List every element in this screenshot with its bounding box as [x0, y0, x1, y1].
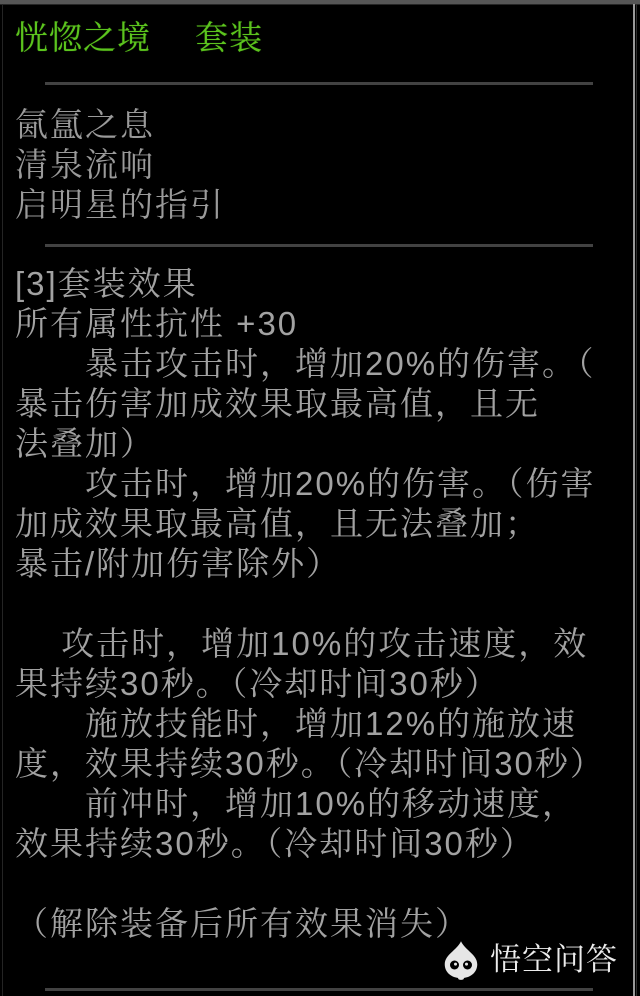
set-title: 恍惚之境 套装: [15, 16, 625, 60]
set-effect-line: 攻击时，增加20%的伤害。（伤害: [15, 464, 625, 504]
set-effect-line: 果持续30秒。（冷却时间30秒）: [15, 664, 625, 704]
set-item: 清泉流响: [15, 145, 625, 185]
set-effect-line: 攻击时，增加10%的攻击速度，效: [15, 624, 625, 664]
set-effect-line: 度，效果持续30秒。（冷却时间30秒）: [15, 744, 625, 784]
tooltip-frame-left: [2, 4, 3, 996]
set-equipment-tooltip: 恍惚之境 套装 氤氲之息 清泉流响 启明星的指引 [3]套装效果 所有属性抗性 …: [0, 0, 640, 996]
blank-line: [15, 584, 625, 624]
tooltip-frame-right: [633, 4, 635, 996]
set-effect-line: 施放技能时，增加12%的施放速: [15, 704, 625, 744]
tooltip-frame-top: [0, 0, 640, 5]
set-effect-line: 暴击攻击时，增加20%的伤害。（: [15, 344, 625, 384]
divider: [45, 988, 593, 991]
set-effect-line: 暴击伤害加成效果取最高值，且无: [15, 384, 625, 424]
watermark: 悟空问答: [441, 940, 618, 980]
set-effect-header: [3]套装效果: [15, 264, 625, 304]
wukong-monkey-icon: [441, 940, 481, 980]
set-effect-line: 前冲时，增加10%的移动速度，: [15, 784, 625, 824]
watermark-label: 悟空问答: [490, 940, 618, 980]
divider: [45, 244, 593, 247]
set-item: 启明星的指引: [15, 185, 625, 225]
divider: [45, 82, 593, 85]
set-item: 氤氲之息: [15, 105, 625, 145]
tooltip-frame-right-outer: [636, 4, 637, 996]
set-item-list: 氤氲之息 清泉流响 启明星的指引: [15, 105, 625, 225]
blank-line: [15, 864, 625, 904]
set-effect-footnote: （解除装备后所有效果消失）: [15, 904, 625, 944]
set-effect-line: 效果持续30秒。（冷却时间30秒）: [15, 824, 625, 864]
set-effect-line: 暴击/附加伤害除外）: [15, 544, 625, 584]
set-effect-line: 所有属性抗性 +30: [15, 304, 625, 344]
set-effect-block: [3]套装效果 所有属性抗性 +30 暴击攻击时，增加20%的伤害。（ 暴击伤害…: [15, 264, 625, 944]
set-effect-line: 法叠加）: [15, 424, 625, 464]
set-effect-line: 加成效果取最高值，且无法叠加；: [15, 504, 625, 544]
